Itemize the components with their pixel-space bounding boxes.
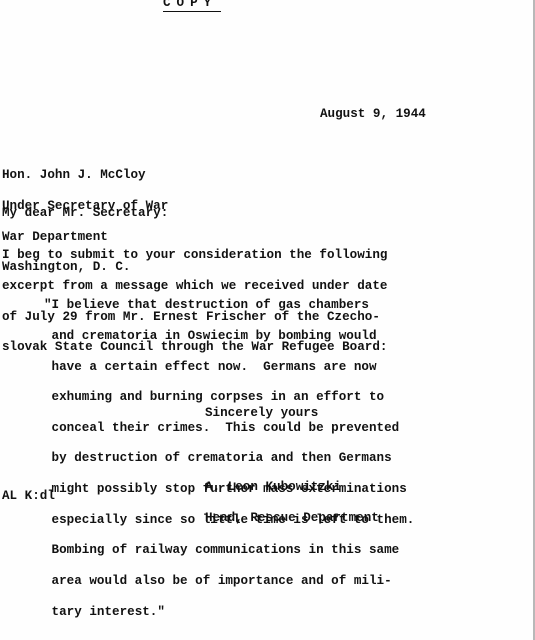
signer-title: Head, Rescue Department [205,513,379,523]
quote-line: area would also be of importance and of … [44,576,414,586]
quote-line: and crematoria in Oswiecim by bombing wo… [44,331,414,341]
quote-line: exhuming and burning corpses in an effor… [44,392,414,402]
reference-initials: AL K:dl [2,491,55,501]
quote-line: conceal their crimes. This could be prev… [44,423,414,433]
signature-block: A. Leon Kubowitzki Head, Rescue Departme… [205,462,379,544]
signer-name: A. Leon Kubowitzki [205,482,379,492]
quote-line: tary interest." [44,607,414,617]
closing: Sincerely yours [205,408,318,418]
recipient-line: Hon. John J. McCloy [2,170,168,180]
salutation: My dear Mr. Secretary: [2,208,168,218]
quote-line: "I believe that destruction of gas chamb… [44,300,414,310]
letter-page: COPY August 9, 1944 Hon. John J. McCloy … [0,0,535,640]
quoted-message: "I believe that destruction of gas chamb… [44,280,414,637]
copy-header: COPY [163,0,221,12]
letter-date: August 9, 1944 [320,109,426,119]
quote-line: Bombing of railway communications in thi… [44,545,414,555]
intro-line: I beg to submit to your consideration th… [2,250,387,260]
quote-line: have a certain effect now. Germans are n… [44,362,414,372]
